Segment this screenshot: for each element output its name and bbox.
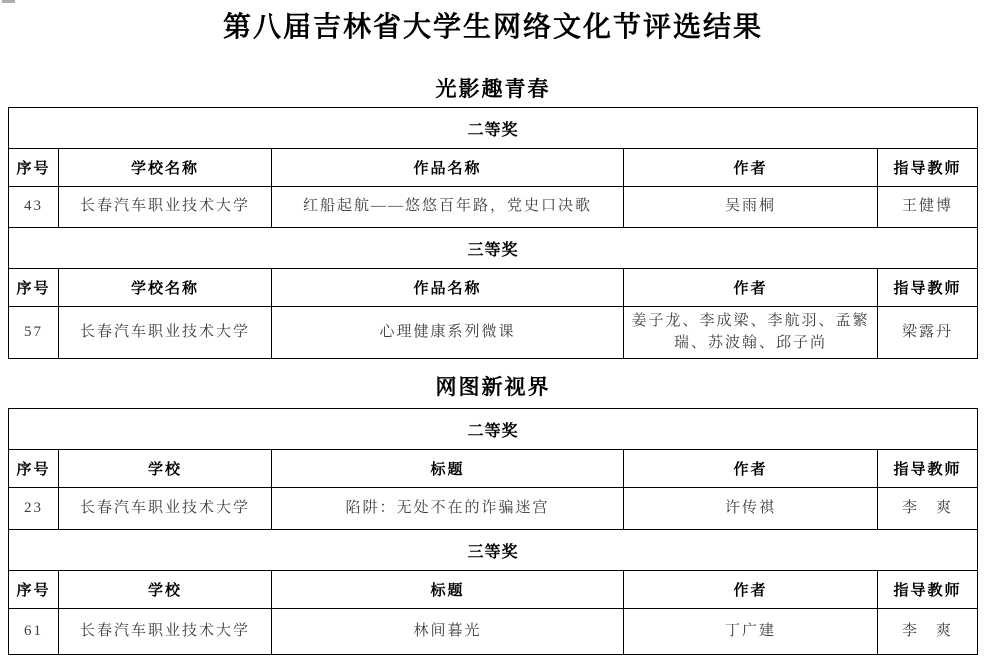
award-table-guangying: 二等奖 序号 学校名称 作品名称 作者 指导教师 43 长春汽车职业技术大学 红… <box>8 107 978 359</box>
section-heading-wangtu: 网图新视界 <box>0 373 986 401</box>
col-header-title: 标题 <box>271 571 623 609</box>
col-header-school: 学校名称 <box>58 149 271 187</box>
page-title: 第八届吉林省大学生网络文化节评选结果 <box>0 8 986 48</box>
col-header-author: 作者 <box>623 571 877 609</box>
column-header-row: 序号 学校 标题 作者 指导教师 <box>8 450 977 488</box>
cell-author: 丁广建 <box>623 609 877 655</box>
cell-serial: 57 <box>8 307 58 359</box>
section-heading-guangying: 光影趣青春 <box>0 75 986 103</box>
cell-advisor: 李 爽 <box>877 488 977 530</box>
cell-serial: 23 <box>8 488 58 530</box>
cell-school: 长春汽车职业技术大学 <box>58 609 271 655</box>
screen-edge-artifact <box>2 0 15 3</box>
col-header-title: 标题 <box>271 450 623 488</box>
col-header-serial: 序号 <box>8 269 58 307</box>
col-header-school: 学校 <box>58 571 271 609</box>
cell-advisor: 王健博 <box>877 187 977 228</box>
col-header-work: 作品名称 <box>271 269 623 307</box>
cell-work-title: 心理健康系列微课 <box>271 307 623 359</box>
prize-band-label: 二等奖 <box>8 108 977 149</box>
cell-advisor: 李 爽 <box>877 609 977 655</box>
prize-band-row: 二等奖 <box>8 108 977 149</box>
col-header-school: 学校 <box>58 450 271 488</box>
col-header-author: 作者 <box>623 269 877 307</box>
prize-band-row: 三等奖 <box>8 530 977 571</box>
table-row: 43 长春汽车职业技术大学 红船起航——悠悠百年路，党史口决歌 吴雨桐 王健博 <box>8 187 977 228</box>
cell-author: 姜子龙、李成梁、李航羽、孟繁瑞、苏波翰、邱子尚 <box>623 307 877 359</box>
prize-band-label: 二等奖 <box>8 409 977 450</box>
col-header-author: 作者 <box>623 450 877 488</box>
column-header-row: 序号 学校 标题 作者 指导教师 <box>8 571 977 609</box>
prize-band-row: 二等奖 <box>8 409 977 450</box>
cell-school: 长春汽车职业技术大学 <box>58 488 271 530</box>
prize-band-label: 三等奖 <box>8 228 977 269</box>
cell-author: 吴雨桐 <box>623 187 877 228</box>
column-header-row: 序号 学校名称 作品名称 作者 指导教师 <box>8 149 977 187</box>
cell-school: 长春汽车职业技术大学 <box>58 307 271 359</box>
cell-advisor: 梁露丹 <box>877 307 977 359</box>
col-header-work: 作品名称 <box>271 149 623 187</box>
col-header-advisor: 指导教师 <box>877 149 977 187</box>
table-row: 23 长春汽车职业技术大学 陷阱：无处不在的诈骗迷宫 许传祺 李 爽 <box>8 488 977 530</box>
col-header-advisor: 指导教师 <box>877 571 977 609</box>
prize-band-row: 三等奖 <box>8 228 977 269</box>
col-header-serial: 序号 <box>8 450 58 488</box>
cell-author: 许传祺 <box>623 488 877 530</box>
table-row: 57 长春汽车职业技术大学 心理健康系列微课 姜子龙、李成梁、李航羽、孟繁瑞、苏… <box>8 307 977 359</box>
table-row: 61 长春汽车职业技术大学 林间暮光 丁广建 李 爽 <box>8 609 977 655</box>
col-header-author: 作者 <box>623 149 877 187</box>
cell-work-title: 陷阱：无处不在的诈骗迷宫 <box>271 488 623 530</box>
col-header-serial: 序号 <box>8 571 58 609</box>
column-header-row: 序号 学校名称 作品名称 作者 指导教师 <box>8 269 977 307</box>
cell-work-title: 红船起航——悠悠百年路，党史口决歌 <box>271 187 623 228</box>
document-page: 第八届吉林省大学生网络文化节评选结果 光影趣青春 二等奖 序号 学校名称 作品名… <box>0 0 986 655</box>
cell-serial: 43 <box>8 187 58 228</box>
col-header-serial: 序号 <box>8 149 58 187</box>
cell-school: 长春汽车职业技术大学 <box>58 187 271 228</box>
prize-band-label: 三等奖 <box>8 530 977 571</box>
cell-serial: 61 <box>8 609 58 655</box>
col-header-advisor: 指导教师 <box>877 269 977 307</box>
cell-work-title: 林间暮光 <box>271 609 623 655</box>
col-header-advisor: 指导教师 <box>877 450 977 488</box>
award-table-wangtu: 二等奖 序号 学校 标题 作者 指导教师 23 长春汽车职业技术大学 陷阱：无处… <box>8 408 978 655</box>
col-header-school: 学校名称 <box>58 269 271 307</box>
